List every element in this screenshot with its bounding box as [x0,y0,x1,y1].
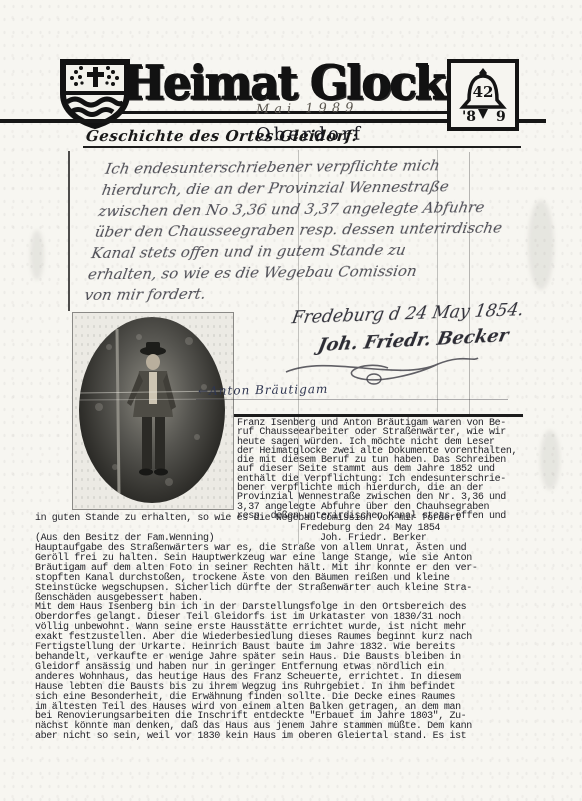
photo-oval-vignette [79,317,225,503]
article-body: Hauptaufgabe des Straßenwärters war es, … [35,544,477,742]
portrait-photo [72,312,234,510]
subtitle-underline [83,146,521,148]
scan-smudge [30,230,44,280]
scanned-newsletter-page: Heimat Glocke Mai 1989 42 '8 9 Geschicht… [0,0,582,801]
letter-dateline: Fredeburg d 24 May 1854. [290,300,525,328]
article-right-column: Franz Isenberg und Anton Bräutigam waren… [237,419,517,521]
letter-left-edge [68,151,70,311]
photo-caption: ←Anton Bräutigam [198,382,329,398]
letter-bottom-edge [231,414,523,417]
masthead-date: Mai 1989 [256,100,416,118]
subtitle-place: Oberdorf [256,124,363,146]
bell-year-left: '8 [462,109,476,125]
bell-year-right: 9 [496,109,506,125]
caption-rule [196,399,508,400]
handwritten-letter-text: Ich endesunterschriebener verpflichte mi… [83,155,507,306]
scan-smudge [540,430,560,490]
bell-icon: 42 '8 9 [447,59,519,131]
scan-smudge [528,200,554,290]
issue-number: 42 [473,83,494,101]
man-with-staff-figure [79,317,225,503]
